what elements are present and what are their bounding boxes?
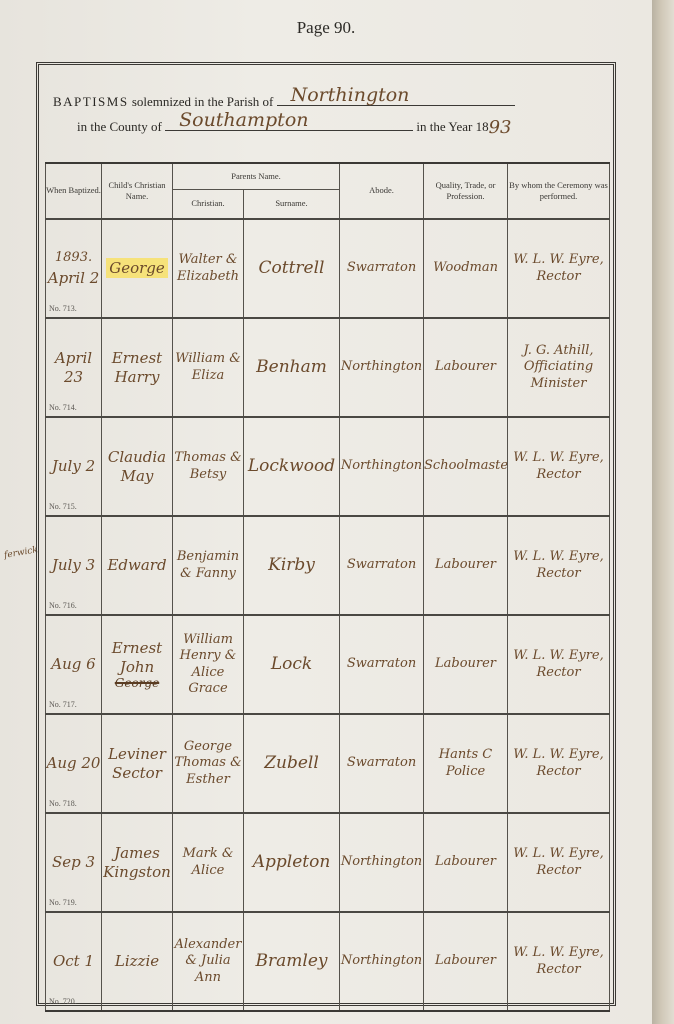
abode: Swarraton	[340, 219, 424, 318]
abode: Northington	[340, 813, 424, 912]
parish-value: Northington	[291, 84, 410, 106]
title-caps: BAPTISMS	[53, 94, 129, 109]
abode: Northington	[340, 912, 424, 1011]
county-prefix: in the County of	[77, 119, 165, 134]
parents-surname: Lock	[244, 615, 340, 714]
parents-surname: Kirby	[244, 516, 340, 615]
entry-number: No. 717.	[49, 700, 77, 709]
register-entry: July 2 No. 715. Claudia May Thomas & Bet…	[46, 417, 610, 516]
trade: Labourer	[424, 813, 508, 912]
trade: Labourer	[424, 912, 508, 1011]
baptism-date: Aug 6 No. 717.	[46, 615, 102, 714]
child-name: Edward	[102, 516, 173, 615]
officiant: W. L. W. Eyre, Rector	[508, 615, 610, 714]
child-name: Claudia May	[102, 417, 173, 516]
book-binding-edge	[652, 0, 674, 1024]
trade: Labourer	[424, 516, 508, 615]
col-header-child: Child's Christian Name.	[102, 163, 173, 219]
abode: Northington	[340, 318, 424, 417]
parents-surname: Cottrell	[244, 219, 340, 318]
register-entry: Sep 3 No. 719. James Kingston Mark & Ali…	[46, 813, 610, 912]
officiant: W. L. W. Eyre, Rector	[508, 813, 610, 912]
child-name: Ernest Harry	[102, 318, 173, 417]
trade: Woodman	[424, 219, 508, 318]
trade: Hants C Police	[424, 714, 508, 813]
parents-christian: George Thomas & Esther	[173, 714, 244, 813]
col-header-when: When Baptized.	[46, 163, 102, 219]
abode: Swarraton	[340, 615, 424, 714]
child-name: George	[102, 219, 173, 318]
register-title: BAPTISMS solemnized in the Parish of Nor…	[49, 73, 604, 163]
trade: Labourer	[424, 318, 508, 417]
entry-number: No. 713.	[49, 304, 77, 313]
child-name: Lizzie	[102, 912, 173, 1011]
parents-christian: William & Eliza	[173, 318, 244, 417]
entry-number: No. 718.	[49, 799, 77, 808]
parents-surname: Benham	[244, 318, 340, 417]
abode: Swarraton	[340, 714, 424, 813]
year-prefix: in the Year 18	[416, 119, 488, 134]
baptism-date: Aug 20 No. 718.	[46, 714, 102, 813]
child-name: Ernest John George	[102, 615, 173, 714]
parents-christian: Alexander & Julia Ann	[173, 912, 244, 1011]
register-entry: Aug 6 No. 717. Ernest John George Willia…	[46, 615, 610, 714]
register-entry: Aug 20 No. 718. Leviner Sector George Th…	[46, 714, 610, 813]
register-entry: April 23 No. 714. Ernest Harry William &…	[46, 318, 610, 417]
struck-out-name: George	[102, 676, 172, 690]
entry-number: No. 719.	[49, 898, 77, 907]
col-header-abode: Abode.	[340, 163, 424, 219]
register-entry: 1893. April 2 No. 713. George Walter & E…	[46, 219, 610, 318]
col-header-trade: Quality, Trade, or Profession.	[424, 163, 508, 219]
parents-christian: Walter & Elizabeth	[173, 219, 244, 318]
abode: Northington	[340, 417, 424, 516]
entry-number: No. 715.	[49, 502, 77, 511]
trade: Schoolmaster	[424, 417, 508, 516]
title-text: solemnized in the Parish of	[129, 94, 277, 109]
col-header-officiant: By whom the Ceremony was performed.	[508, 163, 610, 219]
baptism-register-table: When Baptized. Child's Christian Name. P…	[45, 162, 610, 1012]
parents-surname: Appleton	[244, 813, 340, 912]
parents-christian: Benjamin & Fanny	[173, 516, 244, 615]
page-number: Page 90.	[0, 18, 652, 38]
officiant: W. L. W. Eyre, Rector	[508, 912, 610, 1011]
parents-christian: Thomas & Betsy	[173, 417, 244, 516]
entry-number: No. 716.	[49, 601, 77, 610]
county-value: Southampton	[179, 109, 308, 131]
entry-number: No. 720.	[49, 997, 77, 1006]
col-header-parents-christian: Christian.	[173, 190, 244, 220]
entry-year: 1893.	[46, 250, 101, 265]
trade: Labourer	[424, 615, 508, 714]
officiant: W. L. W. Eyre, Rector	[508, 417, 610, 516]
highlighted-name: George	[106, 258, 168, 278]
child-name: Leviner Sector	[102, 714, 173, 813]
baptism-date: April 23 No. 714.	[46, 318, 102, 417]
parish-field: Northington	[277, 89, 515, 106]
abode: Swarraton	[340, 516, 424, 615]
register-frame: BAPTISMS solemnized in the Parish of Nor…	[36, 62, 616, 1006]
county-field: Southampton	[165, 114, 413, 131]
col-header-parents: Parents Name.	[173, 163, 340, 190]
margin-note: ferwick	[3, 545, 38, 561]
baptism-date: July 3 No. 716.	[46, 516, 102, 615]
parents-surname: Lockwood	[244, 417, 340, 516]
officiant: J. G. Athill, Officiating Minister	[508, 318, 610, 417]
officiant: W. L. W. Eyre, Rector	[508, 516, 610, 615]
register-entry: Oct 1 No. 720. Lizzie Alexander & Julia …	[46, 912, 610, 1011]
officiant: W. L. W. Eyre, Rector	[508, 219, 610, 318]
baptism-date: July 2 No. 715.	[46, 417, 102, 516]
parents-christian: William Henry & Alice Grace	[173, 615, 244, 714]
parents-surname: Bramley	[244, 912, 340, 1011]
register-page: Page 90. ferwick BAPTISMS solemnized in …	[0, 0, 652, 1024]
parents-surname: Zubell	[244, 714, 340, 813]
baptism-date: Oct 1 No. 720.	[46, 912, 102, 1011]
parents-christian: Mark & Alice	[173, 813, 244, 912]
child-name: James Kingston	[102, 813, 173, 912]
register-entry: July 3 No. 716. Edward Benjamin & Fanny …	[46, 516, 610, 615]
entry-number: No. 714.	[49, 403, 77, 412]
officiant: W. L. W. Eyre, Rector	[508, 714, 610, 813]
col-header-parents-surname: Surname.	[244, 190, 340, 220]
year-value: 93	[489, 117, 512, 138]
baptism-date: 1893. April 2 No. 713.	[46, 219, 102, 318]
baptism-date: Sep 3 No. 719.	[46, 813, 102, 912]
